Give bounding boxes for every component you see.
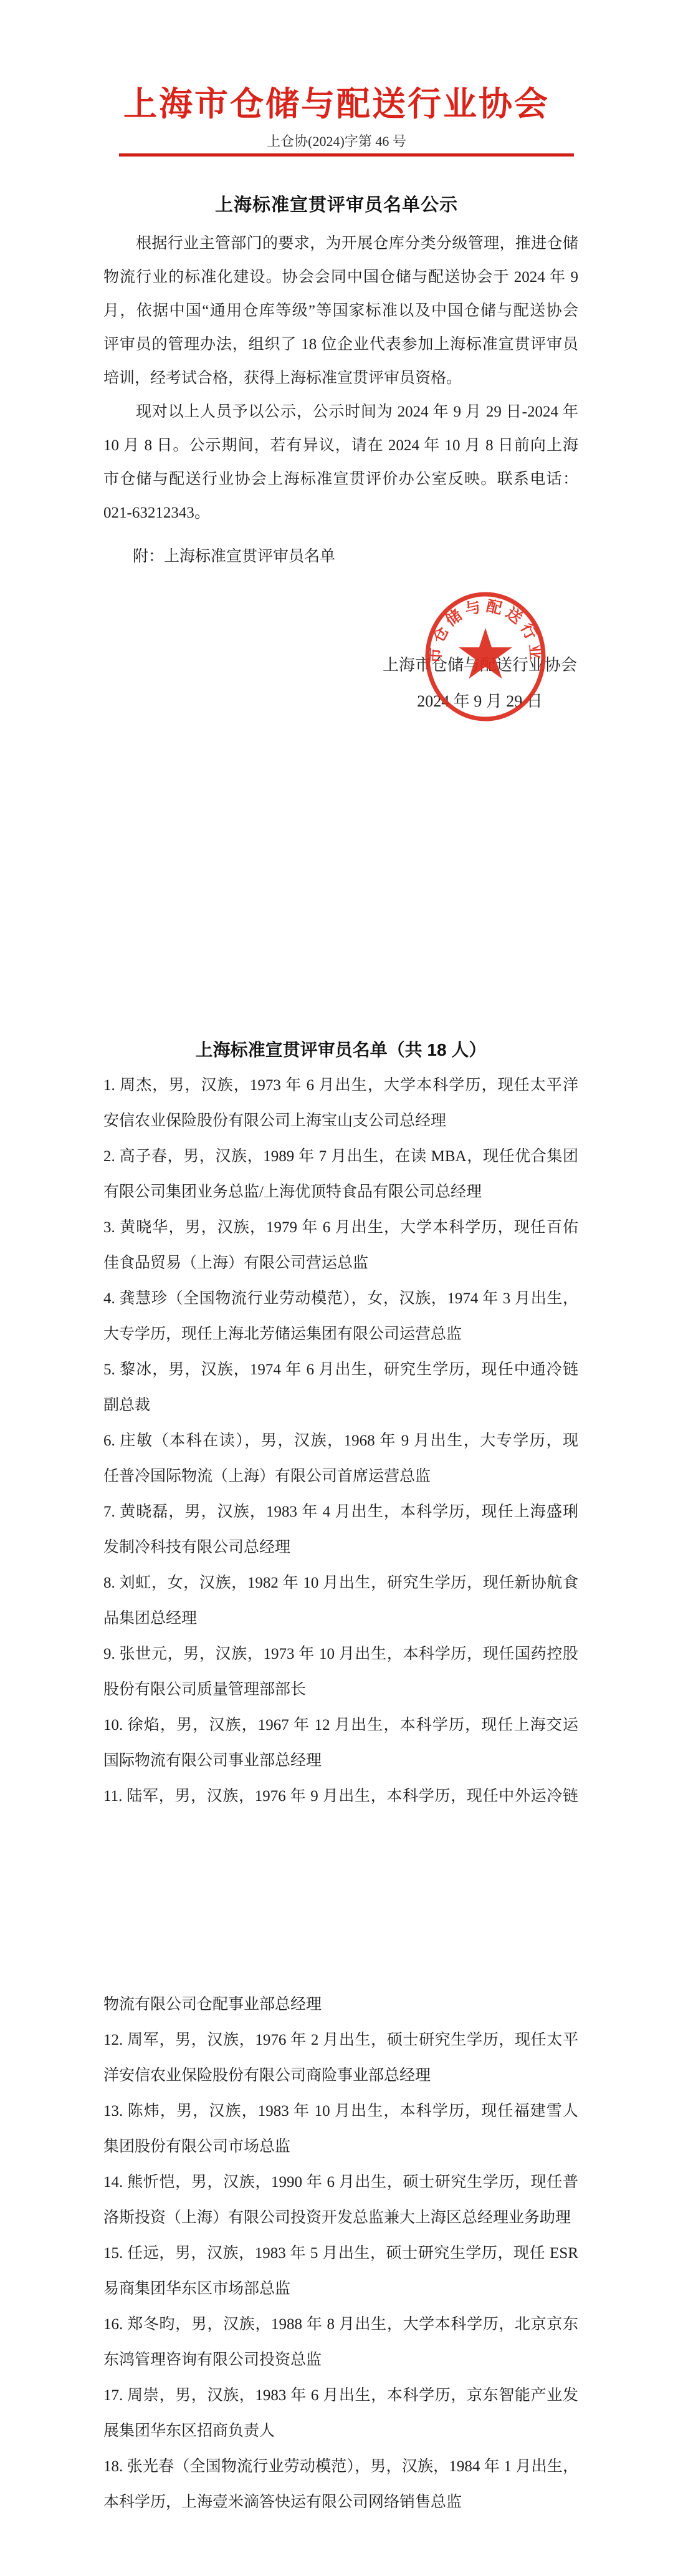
member-line: 展集团华东区招商负责人 bbox=[103, 2413, 578, 2449]
phone-number: 021-63212343。 bbox=[103, 496, 578, 530]
member-line: 集团股份有限公司市场总监 bbox=[103, 2129, 578, 2164]
member-line: 7. 黄晓磊，男，汉族，1983 年 4 月出生，本科学历，现任上海盛琍 bbox=[103, 1494, 578, 1530]
member-line: 品集团总经理 bbox=[103, 1601, 578, 1636]
body-line: 培训，经考试合格，获得上海标准宣贯评审员资格。 bbox=[103, 362, 578, 395]
body-text: 根据行业主管部门的要求，为开展仓库分类分级管理，推进仓储 物流行业的标准化建设。… bbox=[103, 227, 578, 574]
member-line: 本科学历，上海壹米滴答快运有限公司网络销售总监 bbox=[103, 2484, 578, 2520]
member-line: 洋安信农业保险股份有限公司商险事业部总经理 bbox=[103, 2058, 578, 2093]
member-line: 5. 黎冰，男，汉族，1974 年 6 月出生，研究生学历，现任中通冷链 bbox=[103, 1352, 578, 1387]
member-line: 11. 陆军，男，汉族，1976 年 9 月出生，本科学历，现任中外运冷链 bbox=[103, 1778, 578, 1814]
member-line: 18. 张光春（全国物流行业劳动模范），男，汉族，1984 年 1 月出生， bbox=[103, 2449, 578, 2484]
star-icon bbox=[459, 628, 512, 678]
doc-title: 上海标准宣贯评审员名单公示 bbox=[0, 191, 673, 219]
member-line: 10. 徐焰，男，汉族，1967 年 12 月出生，本科学历，现任上海交运 bbox=[103, 1707, 578, 1743]
member-line: 3. 黄晓华，男，汉族，1979 年 6 月出生，大学本科学历，现任百佑 bbox=[103, 1210, 578, 1245]
body-line: 现对以上人员予以公示，公示时间为 2024 年 9 月 29 日-2024 年 bbox=[103, 395, 578, 429]
member-line: 有限公司集团业务总监/上海优顶特食品有限公司总经理 bbox=[103, 1174, 578, 1210]
member-line: 2. 高子春，男，汉族，1989 年 7 月出生，在读 MBA，现任优合集团 bbox=[103, 1139, 578, 1174]
member-line: 4. 龚慧珍（全国物流行业劳动模范），女，汉族，1974 年 3 月出生， bbox=[103, 1281, 578, 1316]
official-seal: 上海市仓储与配送行业协会 bbox=[423, 591, 548, 722]
member-line: 安信农业保险股份有限公司上海宝山支公司总经理 bbox=[103, 1103, 578, 1139]
page-break-gap bbox=[103, 1814, 578, 1987]
member-line: 副总裁 bbox=[103, 1387, 578, 1423]
document-page: 上海市仓储与配送行业协会 上仓协(2024)字第 46 号 上海标准宣贯评审员名… bbox=[0, 0, 673, 2576]
member-line: 大专学历，现任上海北芳储运集团有限公司运营总监 bbox=[103, 1316, 578, 1352]
member-line: 16. 郑冬昀，男，汉族，1988 年 8 月出生，大学本科学历，北京京东 bbox=[103, 2307, 578, 2342]
member-line: 发制冷科技有限公司总经理 bbox=[103, 1530, 578, 1565]
red-divider bbox=[119, 153, 574, 157]
member-line: 17. 周崇，男，汉族，1983 年 6 月出生，本科学历，京东智能产业发 bbox=[103, 2378, 578, 2413]
doc-number: 上仓协(2024)字第 46 号 bbox=[0, 131, 673, 152]
member-line: 佳食品贸易（上海）有限公司营运总监 bbox=[103, 1245, 578, 1281]
body-line: 物流行业的标准化建设。协会会同中国仓储与配送协会于 2024 年 9 bbox=[103, 261, 578, 294]
body-line: 市仓储与配送行业协会上海标准宣贯评价办公室反映。联系电话： bbox=[103, 463, 578, 496]
member-line: 易商集团华东区市场部总监 bbox=[103, 2271, 578, 2307]
member-line: 股份有限公司质量管理部部长 bbox=[103, 1672, 578, 1707]
body-line: 10 月 8 日。公示期间，若有异议，请在 2024 年 10 月 8 日前向上… bbox=[103, 429, 578, 463]
member-line: 13. 陈炜，男，汉族，1983 年 10 月出生，本科学历，现任福建雪人 bbox=[103, 2093, 578, 2129]
org-title: 上海市仓储与配送行业协会 bbox=[0, 85, 673, 123]
attachment-note: 附：上海标准宣贯评审员名单 bbox=[103, 540, 578, 574]
member-line: 物流有限公司仓配事业部总经理 bbox=[103, 1987, 578, 2022]
member-line: 9. 张世元，男，汉族，1973 年 10 月出生，本科学历，现任国药控股 bbox=[103, 1636, 578, 1672]
member-line: 1. 周杰，男，汉族，1973 年 6 月出生，大学本科学历，现任太平洋 bbox=[103, 1068, 578, 1103]
member-list: 上海标准宣贯评审员名单（共 18 人） 1. 周杰，男，汉族，1973 年 6 … bbox=[103, 1032, 578, 2520]
member-line: 6. 庄敏（本科在读），男，汉族，1968 年 9 月出生，大专学历，现 bbox=[103, 1423, 578, 1459]
member-line: 15. 任远，男，汉族，1983 年 5 月出生，硕士研究生学历，现任 ESR bbox=[103, 2236, 578, 2271]
list-title: 上海标准宣贯评审员名单（共 18 人） bbox=[103, 1032, 578, 1068]
member-line: 8. 刘虹，女，汉族，1982 年 10 月出生，研究生学历，现任新协航食 bbox=[103, 1565, 578, 1601]
member-line: 洛斯投资（上海）有限公司投资开发总监兼大上海区总经理业务助理 bbox=[103, 2200, 578, 2236]
body-line: 月，依据中国“通用仓库等级”等国家标准以及中国仓储与配送协会 bbox=[103, 294, 578, 328]
member-line: 东鸿管理咨询有限公司投资总监 bbox=[103, 2342, 578, 2378]
member-line: 12. 周军，男，汉族，1976 年 2 月出生，硕士研究生学历，现任太平 bbox=[103, 2022, 578, 2058]
member-line: 国际物流有限公司事业部总经理 bbox=[103, 1743, 578, 1778]
body-line: 根据行业主管部门的要求，为开展仓库分类分级管理，推进仓储 bbox=[103, 227, 578, 261]
member-line: 任普冷国际物流（上海）有限公司首席运营总监 bbox=[103, 1459, 578, 1494]
body-line: 评审员的管理办法，组织了 18 位企业代表参加上海标准宣贯评审员 bbox=[103, 328, 578, 362]
member-line: 14. 熊忻恺，男，汉族，1990 年 6 月出生，硕士研究生学历，现任普 bbox=[103, 2164, 578, 2200]
